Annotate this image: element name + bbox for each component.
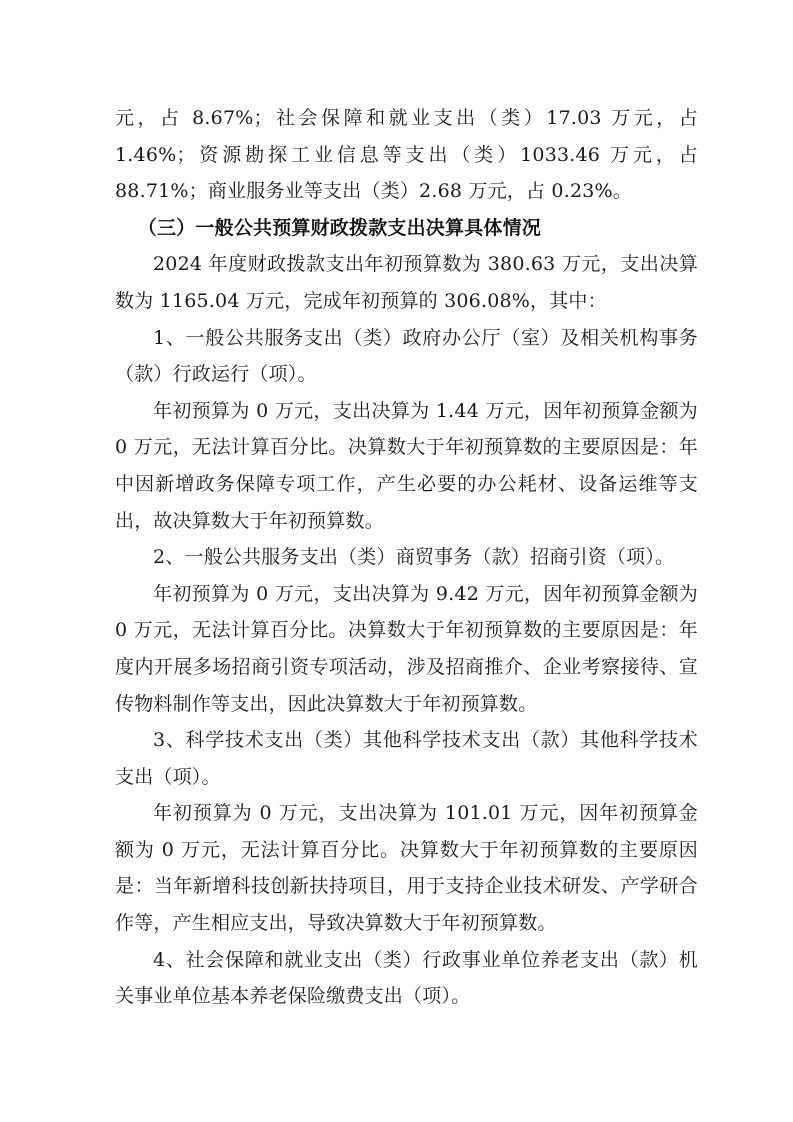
item-title-3: 3、科学技术支出（类）其他科学技术支出（款）其他科学技术支出（项）。: [115, 722, 698, 795]
document-page: 元，占 8.67%；社会保障和就业支出（类）17.03 万元，占 1.46%；资…: [115, 100, 698, 1015]
item-title-2: 2、一般公共服务支出（类）商贸事务（款）招商引资（项）。: [115, 539, 698, 576]
item-body-1: 年初预算为 0 万元，支出决算为 1.44 万元，因年初预算金额为 0 万元，无…: [115, 393, 698, 539]
item-title-1: 1、一般公共服务支出（类）政府办公厅（室）及相关机构事务（款）行政运行（项）。: [115, 320, 698, 393]
item-body-2: 年初预算为 0 万元，支出决算为 9.42 万元，因年初预算金额为 0 万元，无…: [115, 576, 698, 722]
item-title-4: 4、社会保障和就业支出（类）行政事业单位养老支出（款）机关事业单位基本养老保险缴…: [115, 942, 698, 1015]
paragraph-summary: 2024 年度财政拨款支出年初预算数为 380.63 万元，支出决算数为 116…: [115, 246, 698, 319]
item-body-3: 年初预算为 0 万元，支出决算为 101.01 万元，因年初预算金额为 0 万元…: [115, 795, 698, 941]
section-heading: （三）一般公共预算财政拨款支出决算具体情况: [115, 210, 698, 247]
paragraph-continuation: 元，占 8.67%；社会保障和就业支出（类）17.03 万元，占 1.46%；资…: [115, 100, 698, 210]
